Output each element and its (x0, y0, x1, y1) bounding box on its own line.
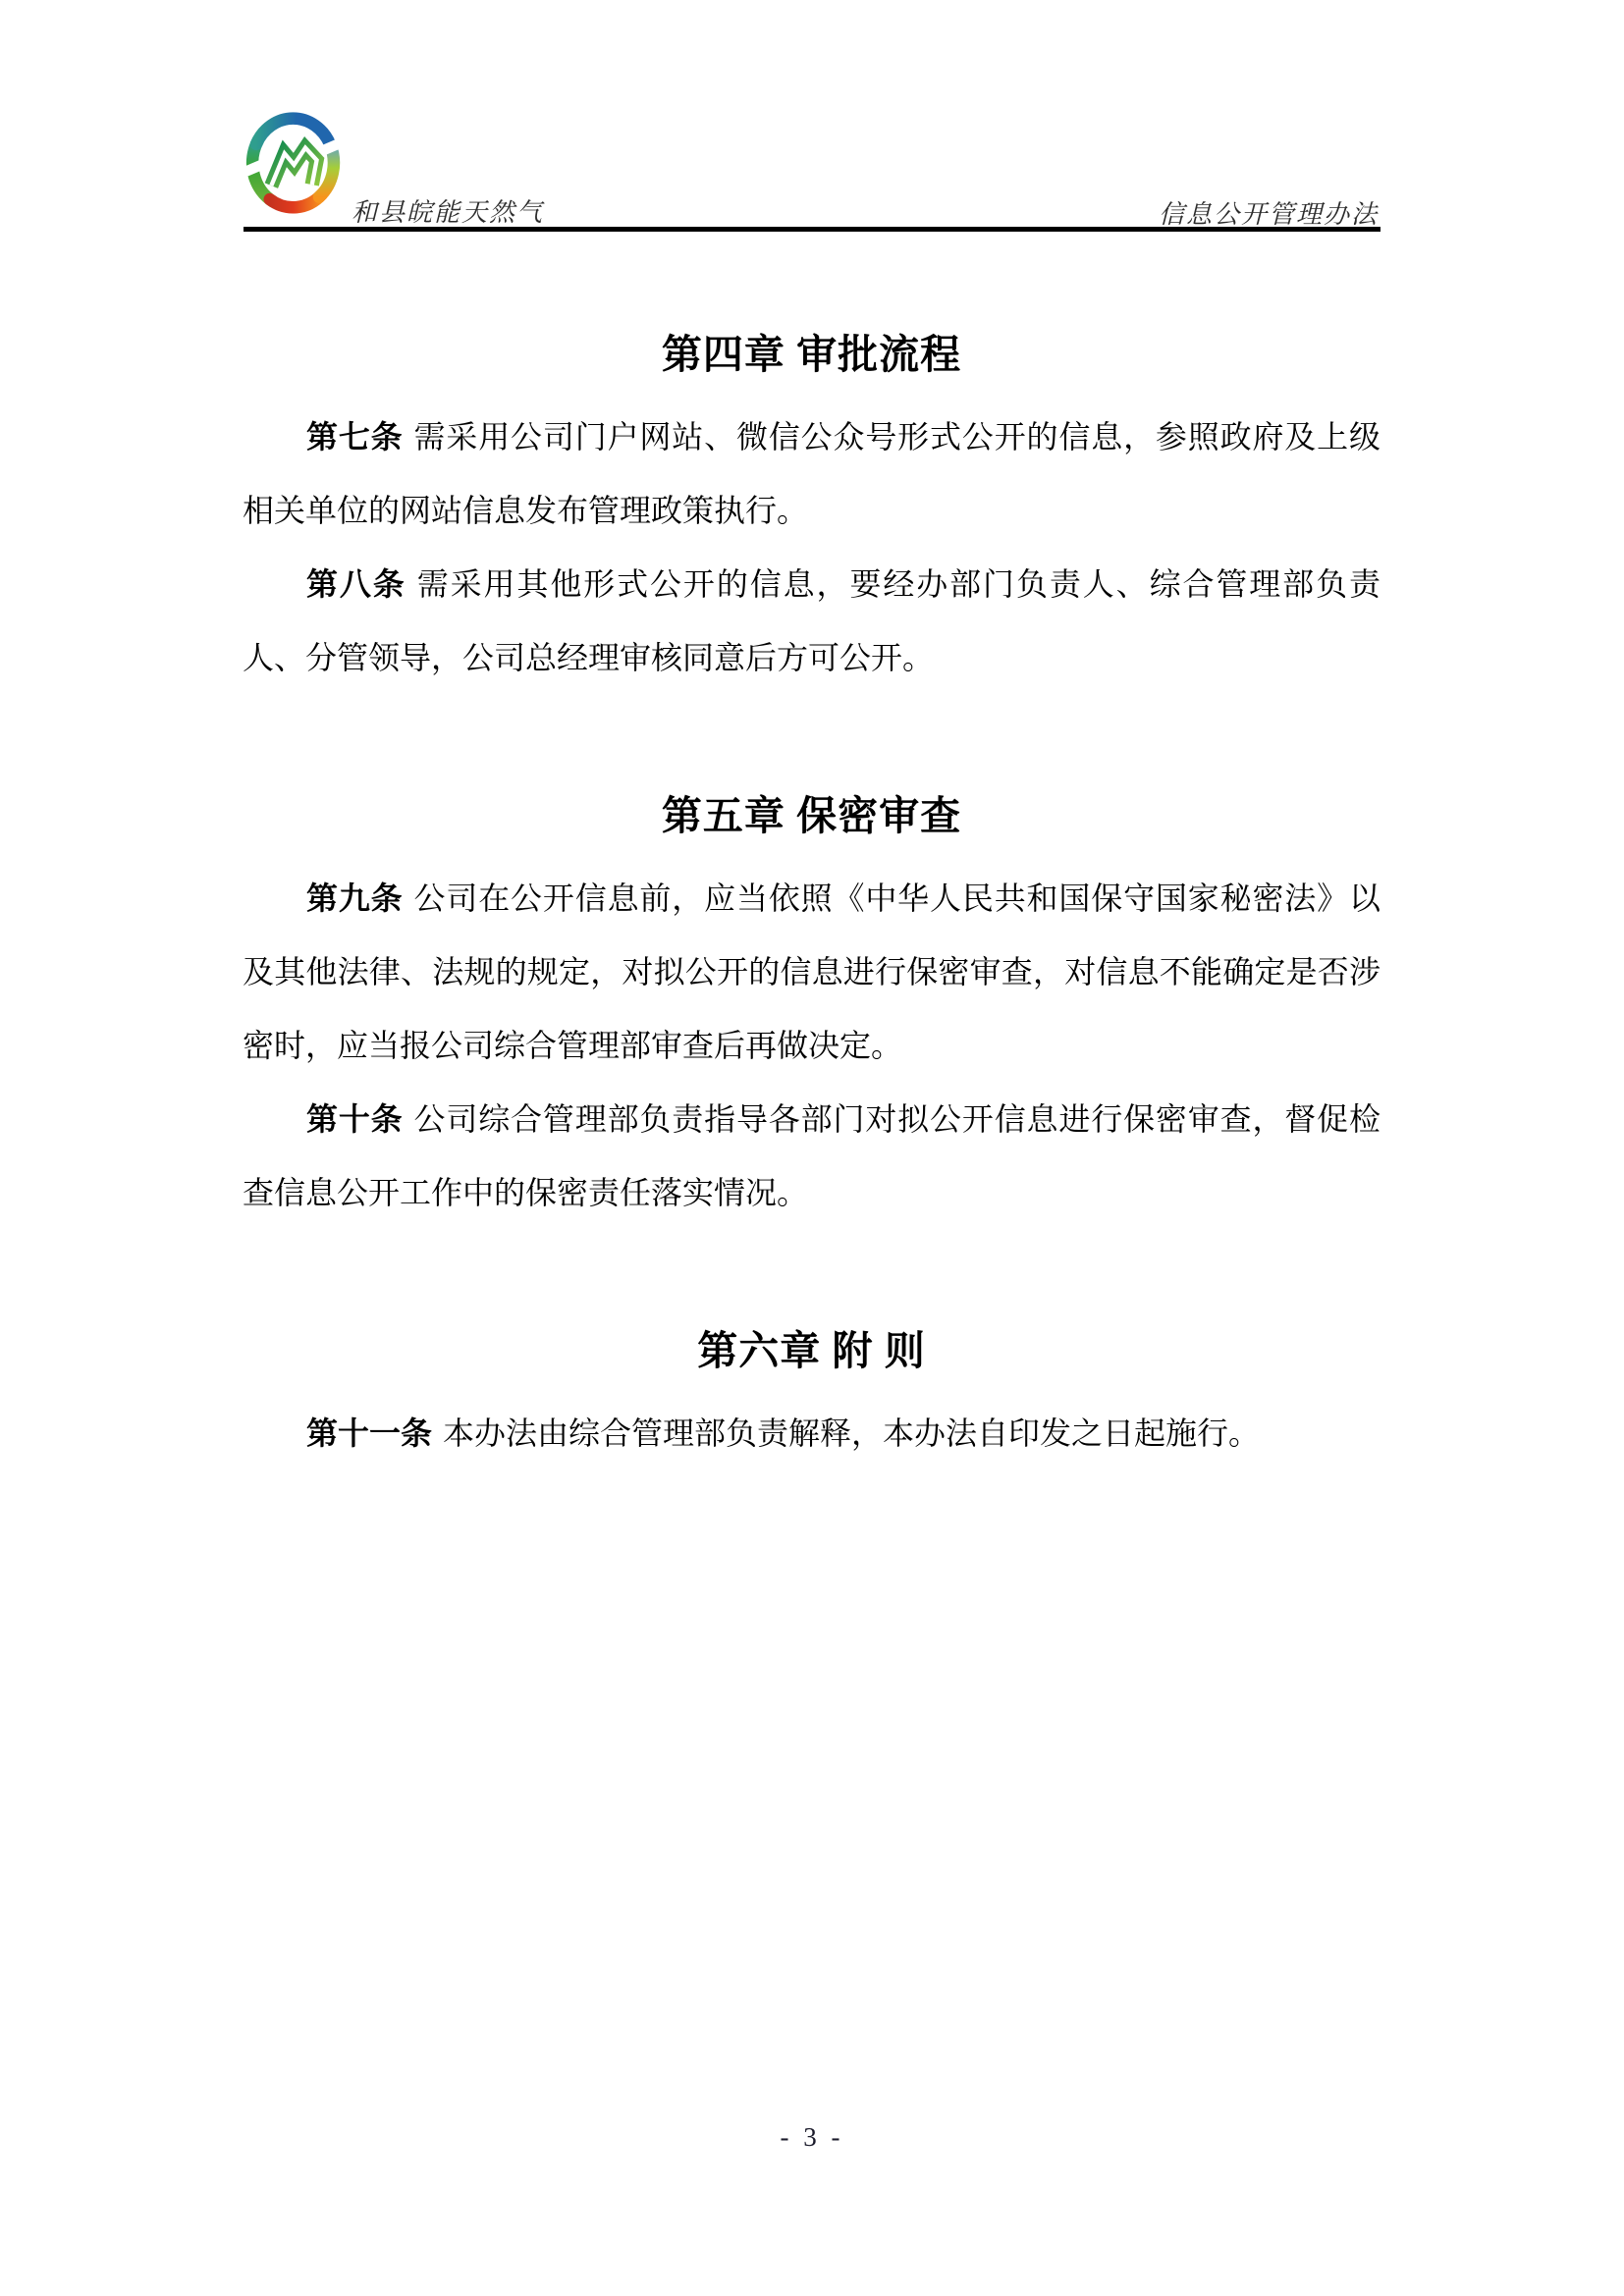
clause-text: 公司综合管理部负责指导各部门对拟公开信息进行保密审查，督促检查信息公开工作中的保… (243, 1101, 1380, 1210)
body-paragraph: 第八条需采用其他形式公开的信息，要经办部门负责人、综合管理部负责人、分管领导，公… (243, 548, 1380, 695)
chapter-heading: 第六章 附 则 (243, 1316, 1380, 1385)
clause-text: 本办法由综合管理部负责解释，本办法自印发之日起施行。 (443, 1415, 1260, 1451)
company-logo-icon (245, 112, 341, 214)
body-paragraph: 第十一条本办法由综合管理部负责解释，本办法自印发之日起施行。 (243, 1397, 1380, 1470)
section-chapter-5: 第五章 保密审查 第九条公司在公开信息前，应当依照《中华人民共和国保守国家秘密法… (243, 781, 1380, 1230)
clause-label: 第七条 (306, 419, 414, 454)
page-number: - 3 - (781, 2122, 844, 2152)
clause-text: 需采用公司门户网站、微信公众号形式公开的信息，参照政府及上级相关单位的网站信息发… (243, 419, 1380, 528)
chapter-heading: 第四章 审批流程 (243, 320, 1380, 389)
clause-text: 公司在公开信息前，应当依照《中华人民共和国保守国家秘密法》以及其他法律、法规的规… (243, 881, 1380, 1063)
body-paragraph: 第十条公司综合管理部负责指导各部门对拟公开信息进行保密审查，督促检查信息公开工作… (243, 1083, 1380, 1230)
clause-label: 第九条 (306, 881, 414, 916)
document-page: 和县皖能天然气 信息公开管理办法 第四章 审批流程 第七条需采用公司门户网站、微… (0, 0, 1624, 2296)
chapter-heading: 第五章 保密审查 (243, 781, 1380, 850)
document-body: 第四章 审批流程 第七条需采用公司门户网站、微信公众号形式公开的信息，参照政府及… (243, 232, 1380, 1470)
page-header: 和县皖能天然气 信息公开管理办法 (0, 0, 1624, 229)
body-paragraph: 第七条需采用公司门户网站、微信公众号形式公开的信息，参照政府及上级相关单位的网站… (243, 400, 1380, 548)
page-footer: - 3 - (0, 2122, 1624, 2153)
body-paragraph: 第九条公司在公开信息前，应当依照《中华人民共和国保守国家秘密法》以及其他法律、法… (243, 862, 1380, 1083)
clause-label: 第十一条 (306, 1415, 443, 1451)
clause-label: 第八条 (306, 566, 417, 602)
company-name: 和县皖能天然气 (352, 192, 544, 229)
section-chapter-6: 第六章 附 则 第十一条本办法由综合管理部负责解释，本办法自印发之日起施行。 (243, 1316, 1380, 1470)
doc-title: 信息公开管理办法 (1159, 194, 1379, 231)
section-chapter-4: 第四章 审批流程 第七条需采用公司门户网站、微信公众号形式公开的信息，参照政府及… (243, 320, 1380, 695)
clause-label: 第十条 (306, 1101, 414, 1137)
